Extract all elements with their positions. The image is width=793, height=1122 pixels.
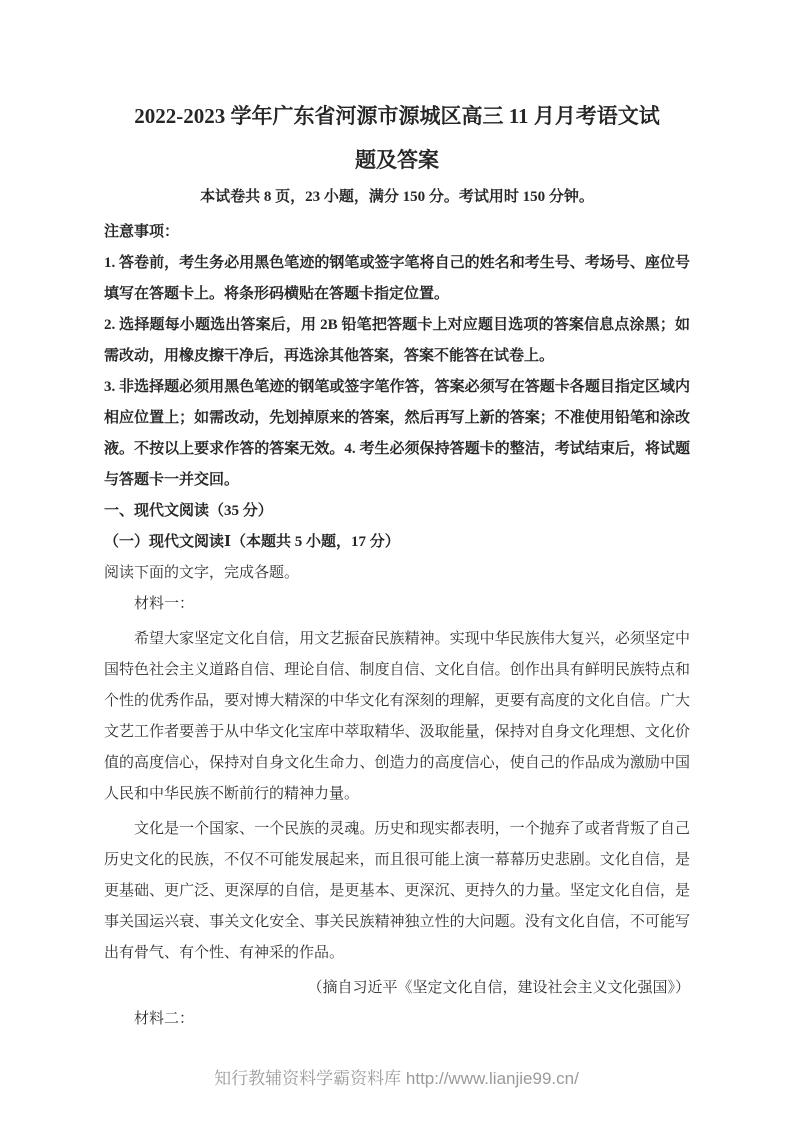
notice-section: 注意事项： 1. 答卷前，考生务必用黑色笔迹的钢笔或签字笔将自己的姓名和考生号、… <box>104 217 690 496</box>
exam-info-line: 本试卷共 8 页，23 小题，满分 150 分。考试用时 150 分钟。 <box>104 182 690 213</box>
section-subheading: （一）现代文阅读Ⅰ（本题共 5 小题，17 分） <box>104 527 690 558</box>
exam-paper-page: 2022-2023 学年广东省河源市源城区高三 11 月月考语文试 题及答案 本… <box>0 0 793 1122</box>
page-content: 2022-2023 学年广东省河源市源城区高三 11 月月考语文试 题及答案 本… <box>0 0 793 1035</box>
page-title: 2022-2023 学年广东省河源市源城区高三 11 月月考语文试 题及答案 <box>104 94 690 182</box>
material-1-paragraph-1: 希望大家坚定文化自信，用文艺振奋民族精神。实现中华民族伟大复兴，必须坚定中国特色… <box>104 624 690 810</box>
notice-item-1: 1. 答卷前，考生务必用黑色笔迹的钢笔或签字笔将自己的姓名和考生号、考场号、座位… <box>104 248 690 310</box>
page-title-line-2: 题及答案 <box>104 138 690 182</box>
notice-item-3: 3. 非选择题必须用黑色笔迹的钢笔或签字笔作答，答案必须写在答题卡各题目指定区域… <box>104 372 690 496</box>
material-1-label: 材料一： <box>104 589 690 620</box>
material-1-paragraph-2: 文化是一个国家、一个民族的灵魂。历史和现实都表明，一个抛弃了或者背叛了自己历史文… <box>104 814 690 969</box>
watermark-footer: 知行教辅资料学霸资料库 http://www.lianjie99.cn/ <box>0 1066 793 1092</box>
material-1-citation: （摘自习近平《坚定文化自信，建设社会主义文化强国》） <box>104 973 690 1004</box>
page-title-line-1: 2022-2023 学年广东省河源市源城区高三 11 月月考语文试 <box>104 94 690 138</box>
notice-heading: 注意事项： <box>104 217 690 248</box>
modern-reading-section: 一、现代文阅读（35 分） （一）现代文阅读Ⅰ（本题共 5 小题，17 分） 阅… <box>104 496 690 1035</box>
material-2-label: 材料二： <box>104 1004 690 1035</box>
notice-item-2: 2. 选择题每小题选出答案后，用 2B 铅笔把答题卡上对应题目选项的答案信息点涂… <box>104 310 690 372</box>
section-heading: 一、现代文阅读（35 分） <box>104 496 690 527</box>
reading-instruction: 阅读下面的文字，完成各题。 <box>104 558 690 589</box>
